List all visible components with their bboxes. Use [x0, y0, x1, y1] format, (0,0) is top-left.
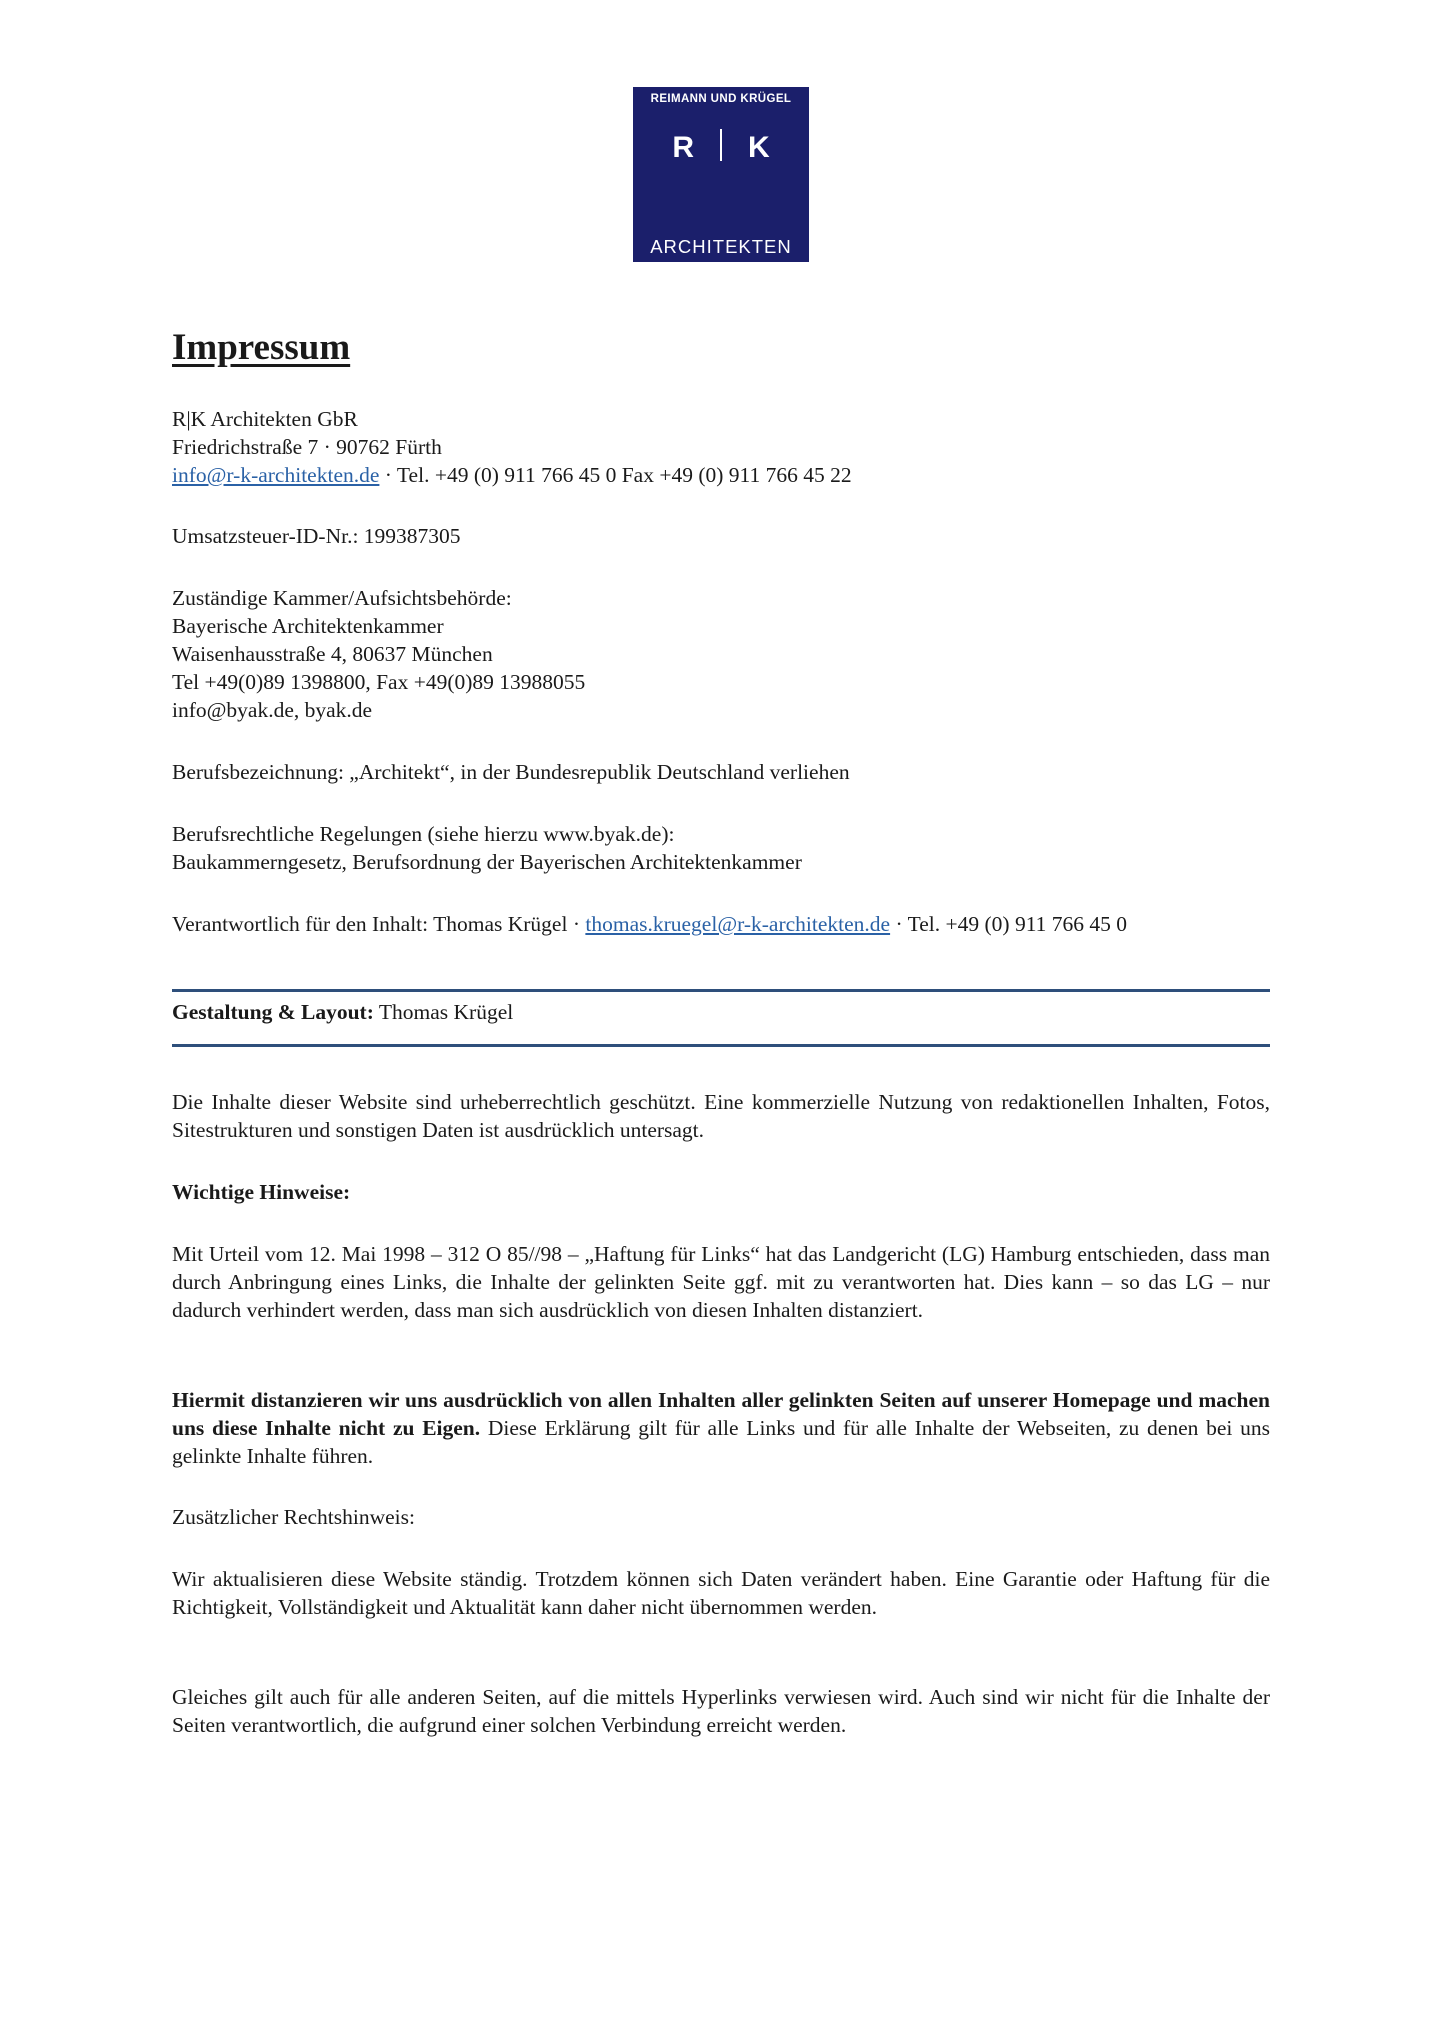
- company-name: R|K Architekten GbR: [172, 405, 1270, 433]
- notes-heading: Wichtige Hinweise:: [172, 1180, 350, 1204]
- responsible-phone: · Tel. +49 (0) 911 766 45 0: [890, 912, 1127, 936]
- court-ruling-paragraph: Mit Urteil vom 12. Mai 1998 – 312 O 85//…: [172, 1240, 1270, 1324]
- logo-monogram: RK: [633, 129, 809, 165]
- divider-top: [172, 989, 1270, 992]
- chamber-heading: Zuständige Kammer/Aufsichtsbehörde:: [172, 584, 1270, 612]
- responsible-email-link[interactable]: thomas.kruegel@r-k-architekten.de: [585, 912, 890, 936]
- hyperlink-paragraph: Gleiches gilt auch für alle anderen Seit…: [172, 1683, 1270, 1739]
- chamber-address: Waisenhausstraße 4, 80637 München: [172, 640, 1270, 668]
- responsible-prefix: Verantwortlich für den Inhalt: Thomas Kr…: [172, 912, 585, 936]
- design-value: Thomas Krügel: [374, 1000, 513, 1024]
- chamber-block: Zuständige Kammer/Aufsichtsbehörde: Baye…: [172, 584, 1270, 724]
- design-label: Gestaltung & Layout:: [172, 1000, 374, 1024]
- update-paragraph: Wir aktualisieren diese Website ständig.…: [172, 1565, 1270, 1621]
- page-title: Impressum: [172, 326, 350, 369]
- legal-heading: Zusätzlicher Rechtshinweis:: [172, 1503, 1270, 1531]
- logo-top-text: REIMANN UND KRÜGEL: [633, 93, 809, 105]
- regulations-line-1: Berufsrechtliche Regelungen (siehe hierz…: [172, 820, 1270, 848]
- divider-bottom: [172, 1044, 1270, 1047]
- chamber-name: Bayerische Architektenkammer: [172, 612, 1270, 640]
- regulations-line-2: Baukammerngesetz, Berufsordnung der Baye…: [172, 848, 1270, 876]
- company-address: Friedrichstraße 7 · 90762 Fürth: [172, 433, 1270, 461]
- company-contact: info@r-k-architekten.de · Tel. +49 (0) 9…: [172, 461, 1270, 489]
- company-logo: REIMANN UND KRÜGEL RK ARCHITEKTEN: [633, 87, 809, 262]
- regulations-block: Berufsrechtliche Regelungen (siehe hierz…: [172, 820, 1270, 876]
- vat-id: Umsatzsteuer-ID-Nr.: 199387305: [172, 522, 1270, 550]
- copyright-notice: Die Inhalte dieser Website sind urheberr…: [172, 1088, 1270, 1144]
- chamber-web: info@byak.de, byak.de: [172, 696, 1270, 724]
- logo-letter-r: R: [672, 131, 694, 164]
- logo-letter-k: K: [748, 131, 770, 164]
- logo-bottom-text: ARCHITEKTEN: [633, 236, 809, 258]
- disclaimer-paragraph: Hiermit distanzieren wir uns ausdrücklic…: [172, 1386, 1270, 1470]
- design-credit: Gestaltung & Layout: Thomas Krügel: [172, 998, 1270, 1026]
- company-block: R|K Architekten GbR Friedrichstraße 7 · …: [172, 405, 1270, 489]
- company-email-link[interactable]: info@r-k-architekten.de: [172, 463, 379, 487]
- company-phone-fax: · Tel. +49 (0) 911 766 45 0 Fax +49 (0) …: [379, 463, 851, 487]
- logo-divider: [720, 129, 722, 161]
- responsible-line: Verantwortlich für den Inhalt: Thomas Kr…: [172, 910, 1270, 938]
- job-title: Berufsbezeichnung: „Architekt“, in der B…: [172, 758, 1270, 786]
- chamber-phone: Tel +49(0)89 1398800, Fax +49(0)89 13988…: [172, 668, 1270, 696]
